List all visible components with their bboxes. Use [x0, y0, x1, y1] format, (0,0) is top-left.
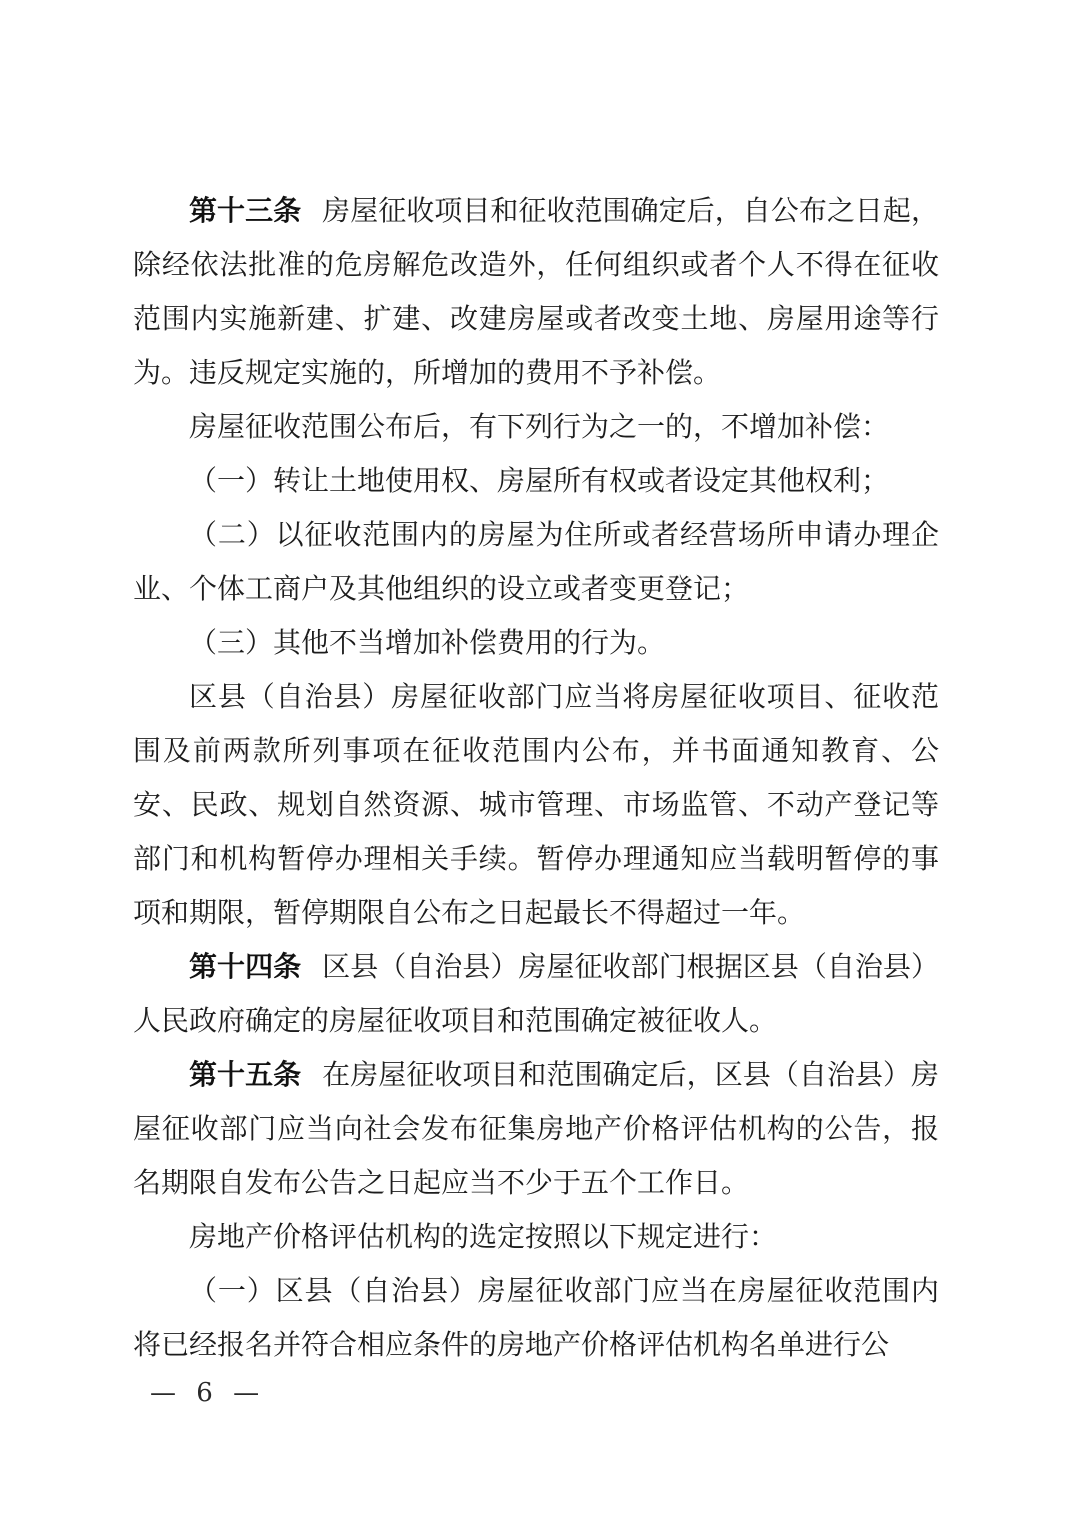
paragraph-text: （一）区县（自治县）房屋征收部门应当在房屋征收范围内将已经报名并符合相应条件的房…	[133, 1274, 939, 1361]
paragraph: 第十五条在房屋征收项目和范围确定后，区县（自治县）房屋征收部门应当向社会发布征集…	[133, 1048, 939, 1210]
document-body: 第十三条房屋征收项目和征收范围确定后，自公布之日起，除经依法批准的危房解危改造外…	[133, 184, 939, 1372]
paragraph-text: （一）转让土地使用权、房屋所有权或者设定其他权利；	[189, 464, 889, 497]
paragraph-text: 房地产价格评估机构的选定按照以下规定进行：	[189, 1220, 777, 1253]
paragraph-text: （二）以征收范围内的房屋为住所或者经营场所申请办理企业、个体工商户及其他组织的设…	[133, 518, 939, 605]
paragraph: （三）其他不当增加补偿费用的行为。	[133, 616, 939, 670]
article-number: 第十四条	[189, 950, 301, 983]
paragraph: 第十四条区县（自治县）房屋征收部门根据区县（自治县）人民政府确定的房屋征收项目和…	[133, 940, 939, 1048]
paragraph: 房屋征收范围公布后，有下列行为之一的，不增加补偿：	[133, 400, 939, 454]
paragraph-text: 区县（自治县）房屋征收部门应当将房屋征收项目、征收范围及前两款所列事项在征收范围…	[133, 680, 939, 929]
paragraph: （一）转让土地使用权、房屋所有权或者设定其他权利；	[133, 454, 939, 508]
paragraph-text: （三）其他不当增加补偿费用的行为。	[189, 626, 665, 659]
page-number: — 6 —	[150, 1378, 265, 1408]
paragraph: 第十三条房屋征收项目和征收范围确定后，自公布之日起，除经依法批准的危房解危改造外…	[133, 184, 939, 400]
document-page: 第十三条房屋征收项目和征收范围确定后，自公布之日起，除经依法批准的危房解危改造外…	[0, 0, 1074, 1520]
article-number: 第十三条	[189, 194, 301, 227]
paragraph: 区县（自治县）房屋征收部门应当将房屋征收项目、征收范围及前两款所列事项在征收范围…	[133, 670, 939, 940]
paragraph-text: 房屋征收范围公布后，有下列行为之一的，不增加补偿：	[189, 410, 889, 443]
paragraph: 房地产价格评估机构的选定按照以下规定进行：	[133, 1210, 939, 1264]
article-number: 第十五条	[189, 1058, 301, 1091]
paragraph: （二）以征收范围内的房屋为住所或者经营场所申请办理企业、个体工商户及其他组织的设…	[133, 508, 939, 616]
paragraph: （一）区县（自治县）房屋征收部门应当在房屋征收范围内将已经报名并符合相应条件的房…	[133, 1264, 939, 1372]
